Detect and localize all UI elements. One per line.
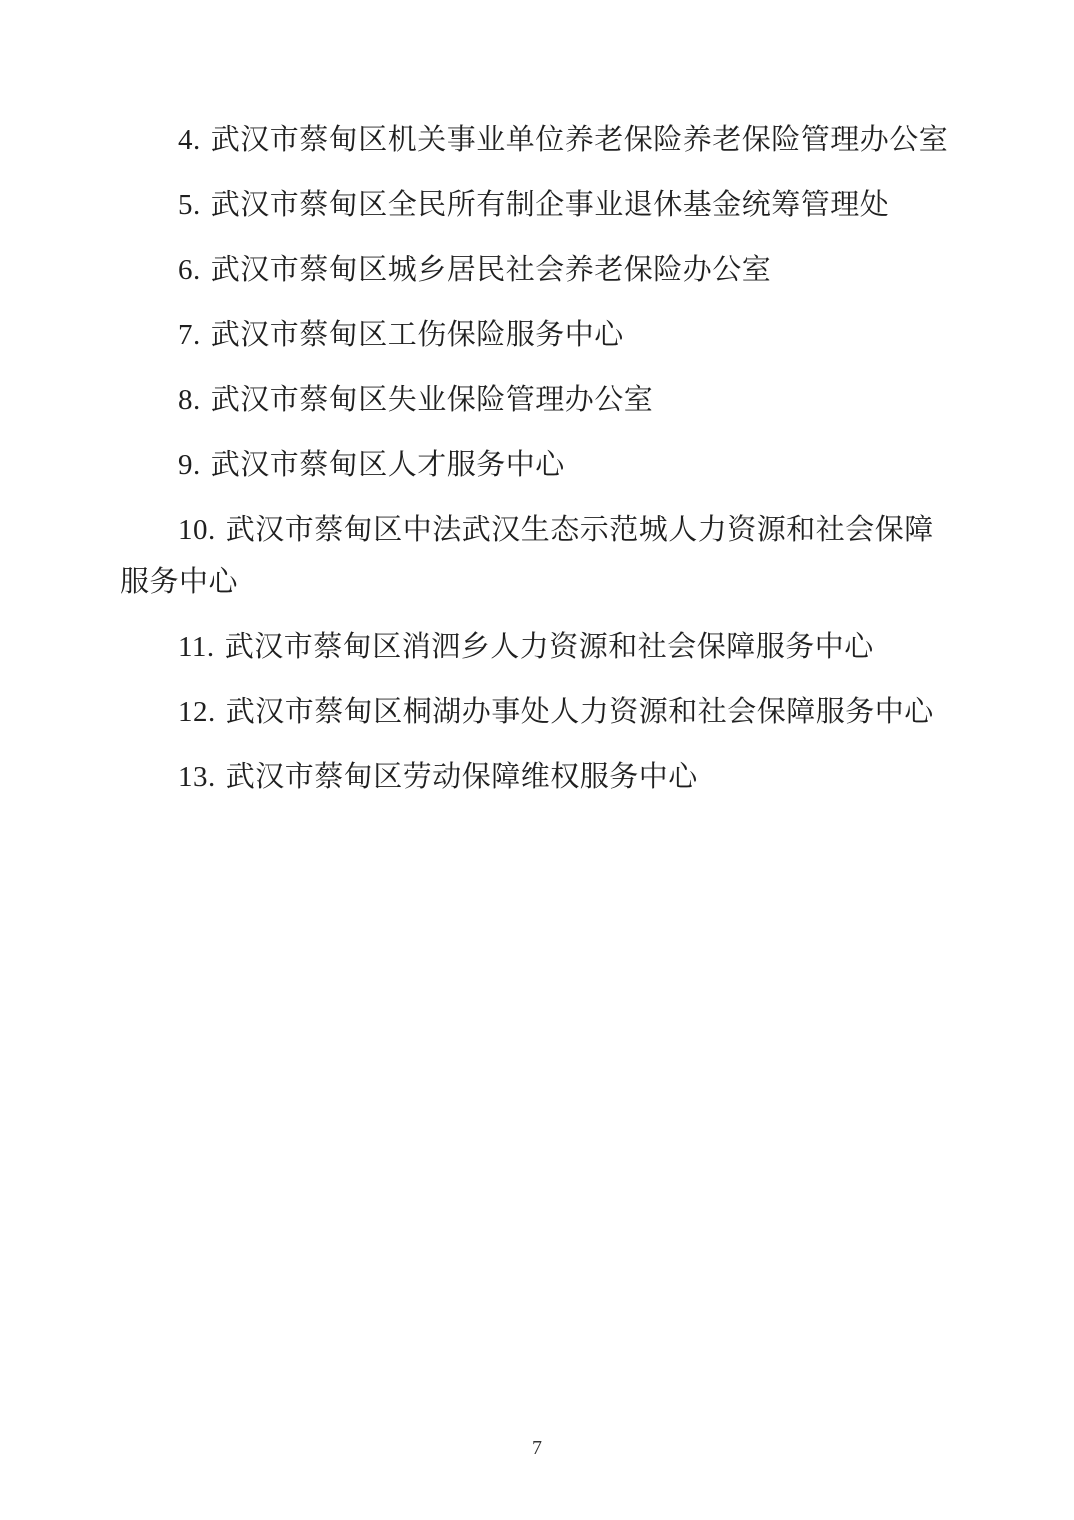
item-text: 武汉市蔡甸区桐湖办事处人力资源和社会保障服务中心 (226, 696, 934, 728)
page-number: 7 (0, 1436, 1074, 1460)
item-text: 武汉市蔡甸区失业保险管理办公室 (211, 384, 654, 416)
list-item: 13.武汉市蔡甸区劳动保障维权服务中心 (120, 751, 962, 803)
list-item: 11.武汉市蔡甸区消泗乡人力资源和社会保障服务中心 (120, 621, 962, 673)
list-item: 10.武汉市蔡甸区中法武汉生态示范城人力资源和社会保障服务中心 (120, 504, 962, 608)
item-text: 武汉市蔡甸区劳动保障维权服务中心 (226, 761, 698, 793)
item-number: 12. (178, 696, 216, 728)
item-text: 武汉市蔡甸区中法武汉生态示范城人力资源和社会保障服务中心 (120, 514, 934, 598)
item-text: 武汉市蔡甸区消泗乡人力资源和社会保障服务中心 (225, 631, 874, 663)
item-number: 11. (178, 631, 215, 663)
list-item: 12.武汉市蔡甸区桐湖办事处人力资源和社会保障服务中心 (120, 686, 962, 738)
item-text: 武汉市蔡甸区机关事业单位养老保险养老保险管理办公室 (211, 124, 949, 156)
item-text: 武汉市蔡甸区工伤保险服务中心 (211, 319, 624, 351)
document-page: 4.武汉市蔡甸区机关事业单位养老保险养老保险管理办公室 5.武汉市蔡甸区全民所有… (0, 0, 1074, 1520)
item-number: 10. (178, 514, 216, 546)
list-item: 5.武汉市蔡甸区全民所有制企事业退休基金统筹管理处 (120, 179, 962, 231)
list-item: 7.武汉市蔡甸区工伤保险服务中心 (120, 309, 962, 361)
org-list: 4.武汉市蔡甸区机关事业单位养老保险养老保险管理办公室 5.武汉市蔡甸区全民所有… (120, 114, 962, 816)
list-item: 8.武汉市蔡甸区失业保险管理办公室 (120, 374, 962, 426)
item-text: 武汉市蔡甸区人才服务中心 (211, 449, 565, 481)
list-item: 9.武汉市蔡甸区人才服务中心 (120, 439, 962, 491)
item-text: 武汉市蔡甸区全民所有制企事业退休基金统筹管理处 (211, 189, 890, 221)
item-number: 13. (178, 761, 216, 793)
item-number: 6. (178, 254, 201, 286)
item-number: 5. (178, 189, 201, 221)
list-item: 6.武汉市蔡甸区城乡居民社会养老保险办公室 (120, 244, 962, 296)
item-number: 4. (178, 124, 201, 156)
item-number: 7. (178, 319, 201, 351)
item-number: 9. (178, 449, 201, 481)
item-number: 8. (178, 384, 201, 416)
list-item: 4.武汉市蔡甸区机关事业单位养老保险养老保险管理办公室 (120, 114, 962, 166)
item-text: 武汉市蔡甸区城乡居民社会养老保险办公室 (211, 254, 772, 286)
